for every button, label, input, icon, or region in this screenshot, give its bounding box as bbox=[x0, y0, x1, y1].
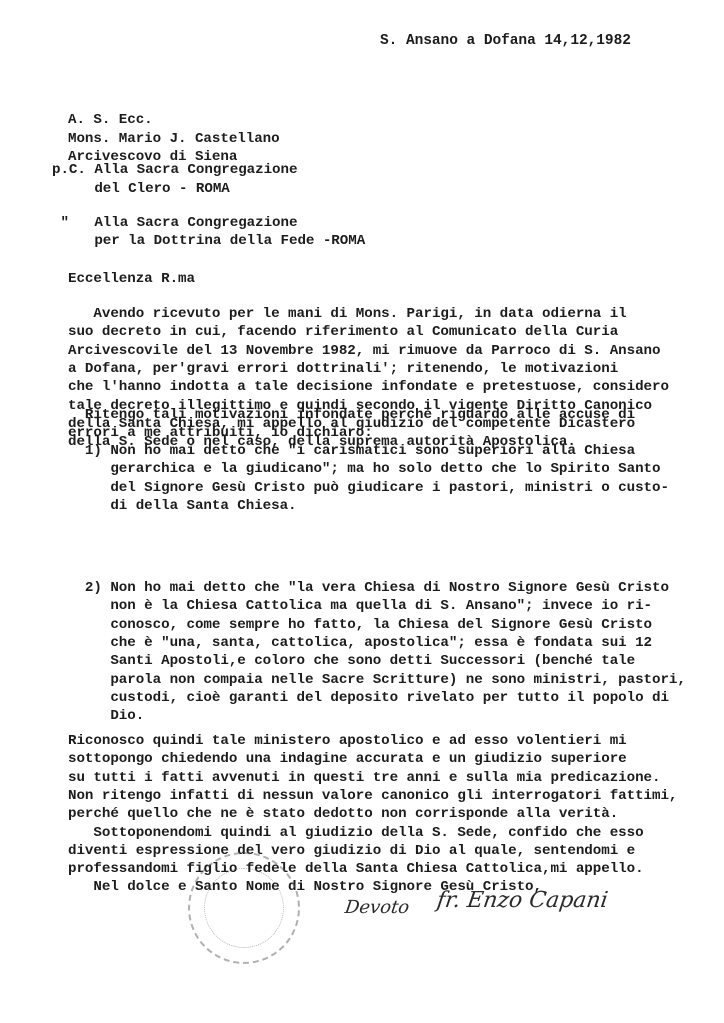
letter-page: S. Ansano a Dofana 14,12,1982 A. S. Ecc.… bbox=[0, 0, 724, 1023]
copies-line: " Alla Sacra Congregazione bbox=[52, 215, 297, 231]
place-date: S. Ansano a Dofana 14,12,1982 bbox=[380, 33, 631, 49]
body-line: errori a me attribuiti, io dichiaro: bbox=[68, 425, 373, 441]
signature-name: fr. Enzo Capani bbox=[435, 888, 609, 913]
body-line: perché quello che ne è stato dedotto non… bbox=[68, 806, 618, 822]
recipient-line: Mons. Mario J. Castellano bbox=[68, 131, 280, 147]
body-line: Arcivescovile del 13 Novembre 1982, mi r… bbox=[68, 343, 660, 359]
body-line: Dio. bbox=[68, 708, 144, 724]
body-line: a Dofana, per'gravi errori dottrinali'; … bbox=[68, 361, 618, 377]
body-line: parola non compaia nelle Sacre Scritture… bbox=[68, 672, 686, 688]
body-line: sottopongo chiedendo una indagine accura… bbox=[68, 751, 627, 767]
body-line: Santi Apostoli,e coloro che sono detti S… bbox=[68, 653, 635, 669]
signature-closing: Devoto bbox=[344, 897, 411, 918]
body-line: Sottoponendomi quindi al giudizio della … bbox=[68, 825, 644, 841]
body-line: che l'hanno indotta a tale decisione inf… bbox=[68, 379, 669, 395]
body-line: Non ritengo infatti di nessun valore can… bbox=[68, 788, 677, 804]
copies-line: p.C. Alla Sacra Congregazione bbox=[52, 162, 297, 178]
copies-line: per la Dottrina della Fede -ROMA bbox=[52, 233, 365, 249]
body-line: conosco, come sempre ho fatto, la Chiesa… bbox=[68, 617, 652, 633]
copies-line: del Clero - ROMA bbox=[52, 181, 230, 197]
body-line: custodi, cioè garanti del deposito rivel… bbox=[68, 690, 669, 706]
body-line: di della Santa Chiesa. bbox=[68, 498, 297, 514]
body-line: su tutti i fatti avvenuti in questi tre … bbox=[68, 770, 660, 786]
recipient-line: A. S. Ecc. bbox=[68, 112, 153, 128]
body-line: Avendo ricevuto per le mani di Mons. Par… bbox=[68, 306, 627, 322]
body-line: Ritengo tali motivazioni infondate perch… bbox=[68, 407, 635, 423]
body-line: suo decreto in cui, facendo riferimento … bbox=[68, 324, 618, 340]
stamp-seal bbox=[188, 852, 300, 964]
body-line: Riconosco quindi tale ministero apostoli… bbox=[68, 733, 627, 749]
body-line: gerarchica e la giudicano"; ma ho solo d… bbox=[68, 461, 660, 477]
salutation: Eccellenza R.ma bbox=[68, 271, 195, 287]
body-line: professandomi figlio fedele della Santa … bbox=[68, 861, 644, 877]
body-line: che è "una, santa, cattolica, apostolica… bbox=[68, 635, 652, 651]
body-line: non è la Chiesa Cattolica ma quella di S… bbox=[68, 598, 652, 614]
body-line: 2) Non ho mai detto che "la vera Chiesa … bbox=[68, 580, 669, 596]
body-line: 1) Non ho mai detto che "i carismatici s… bbox=[68, 443, 635, 459]
body-line: diventi espressione del vero giudizio di… bbox=[68, 843, 635, 859]
body-line: del Signore Gesù Cristo può giudicare i … bbox=[68, 480, 669, 496]
